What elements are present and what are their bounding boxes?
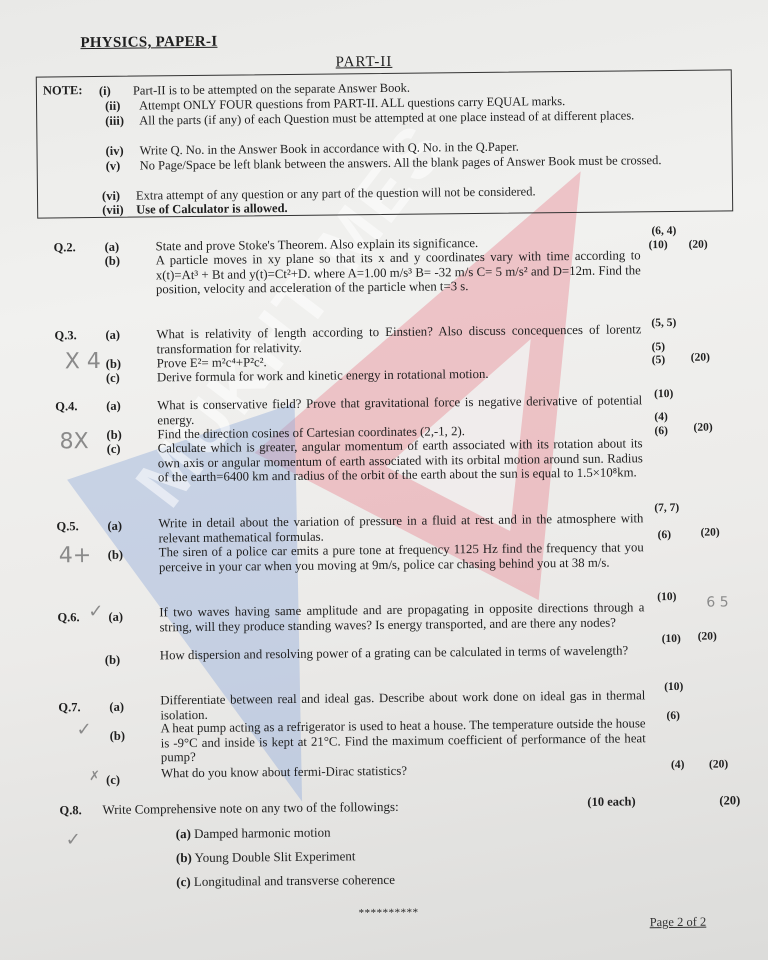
part-label: (c) [106, 371, 120, 386]
note-box: NOTE: (i) Part-II is to be attempted on … [36, 69, 733, 218]
list-item: (c) Longitudinal and transverse coherenc… [176, 872, 395, 890]
marks: (10) [657, 591, 676, 603]
end-stars: ********** [358, 907, 418, 920]
marks: (4) [654, 411, 668, 423]
item-text: Longitudinal and transverse coherence [194, 872, 395, 889]
question-number: Q.2. [53, 240, 75, 255]
marks: (6) [658, 529, 672, 541]
question-text: Calculate which is greater, angular mome… [158, 436, 643, 485]
cross-icon: ✗ [89, 769, 100, 784]
handwritten-mark: X 4 [65, 349, 101, 374]
handwritten-mark: 8X [59, 429, 88, 454]
handwritten-score: 6 5 [706, 594, 728, 610]
part-label: (a) [107, 519, 122, 534]
handwritten-mark: 4+ [59, 543, 92, 568]
question-number: Q.7. [58, 700, 80, 715]
question-text: A particle moves in xy plane so that its… [156, 248, 641, 297]
total-marks: (20) [719, 793, 740, 808]
checkmark-icon: ✓ [76, 719, 91, 740]
question-text: A heat pump acting as a refrigerator is … [161, 716, 646, 765]
part-label: (c) [106, 773, 120, 788]
part-label: (b) [106, 357, 121, 372]
question-text: The siren of a police car emits a pure t… [159, 540, 644, 574]
note-num: (v) [106, 159, 121, 173]
total-marks: (20) [693, 422, 712, 434]
part-label: (a) [108, 610, 123, 625]
part-label: (a) [109, 700, 124, 715]
marks: (5, 5) [651, 317, 676, 329]
part-label: (a) [104, 240, 119, 255]
paper-title: PHYSICS, PAPER-I [80, 34, 217, 52]
question-number: Q.4. [55, 399, 77, 414]
part-label: (b) [110, 729, 125, 744]
marks: (10) [654, 388, 673, 400]
total-marks: (20) [709, 758, 728, 770]
part-label: (a) [105, 328, 120, 343]
question-number: Q.3. [54, 328, 76, 343]
total-marks: (20) [701, 526, 720, 538]
part-label: (c) [107, 442, 121, 457]
checkmark-icon: ✓ [66, 829, 81, 850]
question-number: Q.5. [56, 519, 78, 534]
marks: (10) [648, 239, 667, 251]
question-text: If two waves having same amplitude and a… [159, 600, 644, 634]
note-num: (iii) [105, 114, 124, 128]
item-label: (b) [176, 850, 192, 865]
page-number: Page 2 of 2 [650, 915, 707, 931]
question-number: Q.8. [59, 803, 81, 818]
item-label: (a) [176, 826, 191, 841]
note-label: NOTE: [43, 83, 83, 98]
part-label: (b) [106, 428, 121, 443]
marks: (5) [652, 341, 666, 353]
question-number: Q.6. [57, 610, 79, 625]
part-label: (b) [105, 254, 120, 269]
marks: (10) [664, 681, 683, 693]
item-label: (c) [176, 874, 191, 889]
note-num: (vi) [102, 189, 120, 203]
marks: (7, 7) [654, 502, 679, 514]
marks: (5) [652, 354, 666, 366]
note-num: (i) [99, 84, 111, 98]
part-heading: PART-II [336, 54, 393, 72]
marks: (4) [671, 759, 685, 771]
item-text: Young Double Slit Experiment [195, 848, 356, 865]
marks: (6, 4) [651, 225, 676, 237]
marks: (6) [654, 425, 668, 437]
note-num: (iv) [105, 144, 123, 158]
part-label: (a) [106, 399, 121, 414]
exam-page: MUKHTIMES PHYSICS, PAPER-I PART-II NOTE:… [0, 0, 768, 960]
list-item: (b) Young Double Slit Experiment [176, 848, 356, 866]
checkmark-icon: ✓ [88, 601, 103, 622]
item-text: Damped harmonic motion [194, 825, 331, 841]
note-num: (ii) [105, 99, 120, 113]
note-num: (vii) [102, 203, 124, 217]
part-label: (b) [105, 653, 120, 668]
total-marks: (20) [691, 352, 710, 364]
marks: (10 each) [587, 794, 635, 810]
marks: (6) [666, 710, 680, 722]
list-item: (a) Damped harmonic motion [176, 825, 331, 843]
part-label: (b) [108, 548, 123, 563]
marks: (10) [662, 633, 681, 645]
total-marks: (20) [698, 631, 717, 643]
question-text: Write Comprehensive note on any two of t… [102, 800, 398, 817]
total-marks: (20) [688, 239, 707, 251]
